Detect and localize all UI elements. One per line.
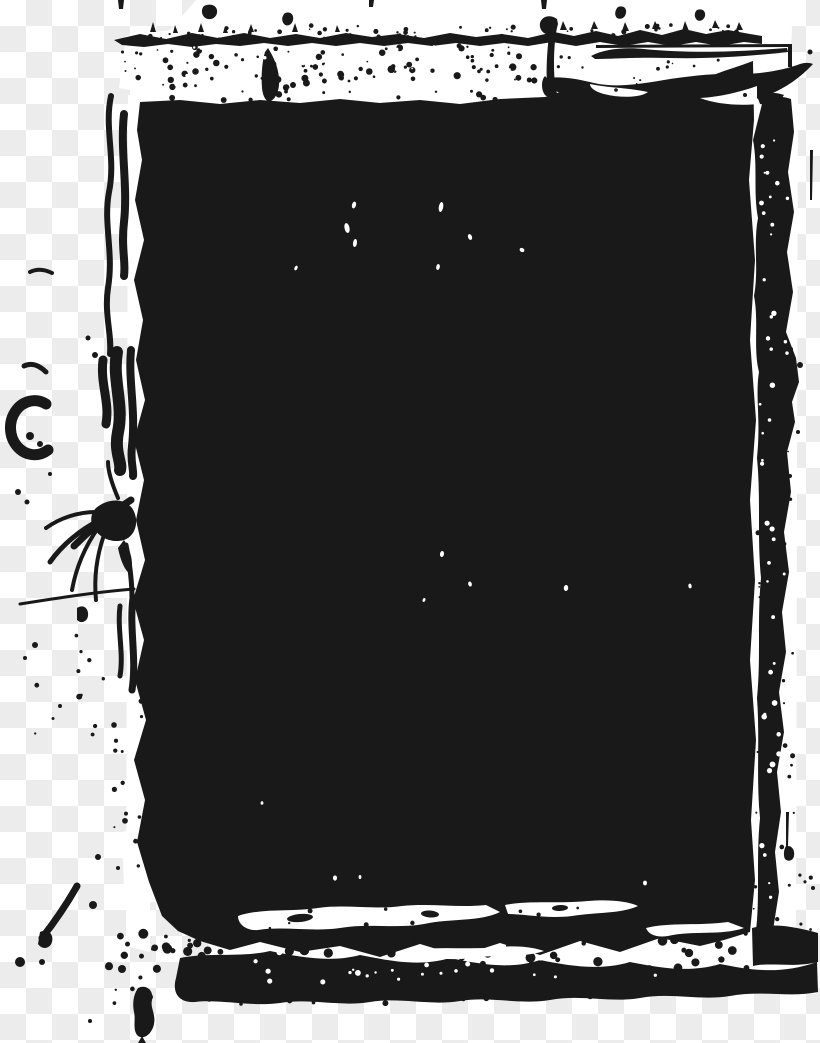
ink-speck (504, 933, 510, 939)
ink-speck (102, 677, 105, 680)
ink-speck (711, 36, 716, 41)
ink-speck (753, 908, 755, 910)
white-fleck (770, 382, 776, 388)
ink-speck (672, 63, 674, 65)
ink-speck (491, 49, 494, 52)
white-fleck (786, 197, 789, 200)
ink-speck (404, 27, 409, 32)
white-fleck (784, 840, 786, 842)
ink-speck (122, 818, 128, 824)
ink-speck (459, 26, 462, 29)
ink-speck (210, 77, 214, 81)
ink-speck (316, 54, 322, 60)
ink-speck (124, 812, 128, 816)
white-fleck (759, 843, 764, 848)
white-fleck (770, 223, 774, 227)
ink-dot (58, 704, 62, 708)
ink-speck (138, 929, 148, 939)
ink-speck (751, 551, 753, 553)
left-lower-drip-2 (119, 606, 121, 676)
ink-speck (486, 70, 490, 74)
ink-speck (125, 70, 127, 72)
white-fleck (442, 48, 446, 52)
interior-white-fleck (643, 881, 647, 886)
ink-speck (637, 34, 639, 36)
white-fleck (698, 955, 701, 958)
png-transparency-canvas (0, 0, 820, 1043)
ink-dot (37, 441, 43, 447)
white-fleck (759, 403, 762, 406)
ink-speck (779, 845, 784, 850)
ink-speck (142, 1003, 146, 1007)
ink-speck (485, 78, 488, 81)
ink-speck (121, 952, 128, 959)
left-lower-drip-1 (132, 598, 134, 690)
ink-speck (113, 748, 117, 752)
ink-speck (304, 939, 312, 947)
left-thick-drip-2 (102, 360, 107, 424)
ink-speck (527, 77, 532, 82)
white-fleck (199, 46, 203, 50)
ink-speck (91, 733, 95, 737)
ink-speck (162, 944, 172, 954)
ink-speck (274, 76, 281, 83)
ink-speck (362, 967, 365, 970)
white-fleck (769, 896, 772, 899)
white-fleck (424, 963, 429, 968)
ink-speck (489, 27, 491, 29)
ink-speck (322, 91, 325, 94)
ink-speck (93, 724, 97, 728)
ink-speck (248, 974, 255, 981)
ink-speck (167, 65, 173, 71)
ink-speck (348, 80, 351, 83)
ink-speck (428, 995, 433, 1000)
ink-speck (232, 38, 234, 40)
ink-speck (518, 921, 522, 925)
ink-speck (645, 24, 650, 29)
ink-speck (337, 71, 344, 78)
white-fleck (465, 961, 470, 966)
ink-speck (411, 977, 417, 983)
ink-speck (518, 931, 521, 934)
white-fleck (374, 971, 376, 973)
ink-speck (514, 79, 516, 81)
ink-speck (395, 988, 397, 990)
ink-speck (265, 76, 267, 78)
ink-speck (179, 39, 182, 42)
white-fleck (352, 969, 354, 971)
ink-speck (471, 59, 475, 63)
ink-speck (323, 27, 327, 31)
white-fleck (301, 72, 303, 74)
ink-speck (163, 57, 169, 63)
white-fleck (760, 462, 764, 466)
ink-speck (186, 62, 188, 64)
left-curvy-drip (107, 96, 111, 354)
ink-speck (285, 947, 294, 956)
ink-speck (586, 985, 589, 988)
ink-speck (277, 29, 282, 34)
ink-speck (248, 31, 252, 35)
white-fleck (461, 65, 463, 67)
ink-speck (138, 815, 142, 819)
white-fleck (395, 72, 399, 76)
ink-dot (48, 472, 52, 476)
ink-speck (237, 935, 240, 938)
ink-speck (205, 68, 208, 71)
ink-speck (771, 675, 773, 677)
ink-speck (198, 952, 206, 960)
ink-speck (717, 59, 720, 62)
ink-speck (379, 49, 386, 56)
ink-speck (75, 634, 79, 638)
white-fleck (253, 959, 257, 963)
ink-dot (39, 959, 45, 965)
ink-speck (407, 35, 410, 38)
ink-speck (241, 90, 243, 92)
white-fleck (366, 974, 369, 977)
ink-speck (557, 65, 560, 68)
ink-speck (117, 933, 124, 940)
interior-white-fleck (261, 801, 264, 805)
white-fleck (324, 58, 326, 60)
white-fleck (348, 971, 351, 974)
white-fleck (763, 853, 767, 857)
ink-speck (139, 52, 142, 55)
ink-speck (809, 875, 813, 879)
ink-speck (757, 751, 759, 753)
ink-speck (391, 64, 396, 69)
ink-speck (256, 56, 259, 59)
ink-speck (87, 658, 91, 662)
ink-speck (272, 958, 277, 963)
ink-speck (168, 77, 174, 83)
ink-speck (266, 89, 269, 92)
white-fleck (421, 973, 424, 976)
ink-speck (461, 997, 466, 1002)
ink-speck (708, 88, 710, 90)
notch-ink-dot (614, 88, 618, 92)
white-fleck (759, 201, 764, 206)
ink-speck (773, 610, 775, 612)
white-fleck (776, 732, 781, 737)
white-fleck (495, 954, 498, 957)
ink-speck (403, 31, 407, 35)
white-fleck (265, 969, 270, 974)
ink-speck (555, 957, 560, 962)
ink-speck (476, 91, 482, 97)
ink-speck (471, 55, 474, 58)
ink-speck (760, 239, 763, 242)
ink-speck (758, 582, 760, 584)
ink-speck (587, 993, 593, 999)
ink-speck (415, 58, 419, 62)
ink-speck (241, 58, 244, 61)
ink-speck (472, 931, 482, 941)
ink-speck (387, 949, 396, 958)
white-fleck (397, 978, 400, 981)
ink-speck (685, 949, 693, 957)
white-fleck (288, 88, 291, 91)
ink-speck (485, 28, 489, 32)
ink-speck (458, 45, 464, 51)
ink-speck (515, 916, 518, 919)
ink-speck (360, 961, 365, 966)
ink-speck (330, 976, 339, 985)
ink-speck (754, 885, 757, 888)
ink-speck (366, 61, 368, 63)
ink-speck (492, 97, 497, 102)
ink-speck (209, 54, 214, 59)
ink-speck (213, 941, 216, 944)
white-fleck (412, 955, 417, 960)
ink-speck (397, 946, 402, 951)
ink-speck (164, 935, 168, 939)
ink-speck (611, 33, 616, 38)
ink-speck (744, 932, 748, 936)
ink-speck (76, 669, 80, 673)
ink-speck (645, 965, 653, 973)
ink-speck (354, 1000, 357, 1003)
ink-speck (766, 723, 769, 726)
white-fleck (185, 74, 189, 78)
ink-speck (569, 27, 573, 31)
ink-speck (385, 47, 388, 50)
ink-speck (351, 930, 358, 937)
ink-speck (168, 33, 170, 35)
ink-speck (547, 24, 552, 29)
ink-speck (382, 1000, 388, 1006)
ink-speck (507, 51, 510, 54)
white-fleck (773, 139, 775, 141)
ink-dot (89, 901, 97, 909)
ink-speck (309, 28, 311, 30)
ink-speck (756, 329, 758, 331)
ink-slab (133, 61, 756, 957)
ink-dot (88, 1019, 92, 1023)
ink-speck (410, 921, 414, 925)
white-fleck (711, 962, 714, 965)
ink-speck (506, 28, 508, 30)
ink-speck (322, 79, 327, 84)
white-fleck (554, 975, 557, 978)
ink-speck (113, 826, 115, 828)
ink-speck (135, 51, 138, 54)
ink-speck (480, 68, 483, 71)
ink-speck (398, 33, 401, 36)
ink-speck (312, 64, 318, 70)
ink-speck (456, 74, 459, 77)
ink-speck (264, 905, 268, 909)
ink-speck (669, 23, 673, 27)
ink-speck (394, 970, 401, 977)
ink-speck (531, 77, 537, 83)
white-fleck (539, 958, 542, 961)
ink-speck (300, 946, 310, 956)
white-fleck (263, 56, 266, 59)
left-margin-blob (77, 606, 88, 622)
ink-speck (430, 69, 434, 73)
ink-speck (288, 922, 290, 924)
ink-dot (95, 854, 101, 860)
ink-speck (606, 924, 609, 927)
ink-speck (488, 937, 493, 942)
ink-speck (308, 908, 313, 913)
white-fleck (765, 521, 770, 526)
ink-speck (508, 46, 510, 48)
white-fleck (766, 336, 770, 340)
ink-speck (113, 1001, 117, 1005)
ink-speck (511, 30, 513, 32)
ink-speck (722, 30, 724, 32)
ink-speck (790, 753, 795, 758)
ink-speck (198, 34, 201, 37)
white-fleck (193, 46, 195, 48)
ink-speck (414, 35, 416, 37)
white-fleck (439, 972, 442, 975)
white-fleck (415, 54, 417, 56)
ink-speck (333, 963, 343, 973)
ink-speck (590, 29, 593, 32)
ink-speck (229, 978, 239, 988)
ink-speck (324, 948, 333, 957)
white-fleck (773, 662, 776, 665)
ink-dot (32, 642, 38, 648)
ink-speck (470, 90, 473, 93)
ink-speck (560, 55, 563, 58)
ink-speck (270, 81, 272, 83)
white-fleck (771, 615, 775, 619)
ink-speck (801, 969, 805, 973)
ink-speck (765, 800, 767, 802)
bottom-right-heavy-patch (752, 925, 818, 966)
ink-speck (276, 91, 282, 97)
ink-speck (246, 39, 249, 42)
ink-speck (771, 666, 773, 668)
ink-speck (261, 77, 264, 80)
ink-speck (352, 931, 355, 934)
ink-speck (522, 38, 527, 43)
white-fleck (194, 58, 197, 61)
white-fleck (761, 432, 764, 435)
white-fleck (396, 951, 401, 956)
ink-speck (674, 963, 683, 972)
ink-speck (717, 27, 719, 29)
ink-speck (667, 60, 670, 63)
white-fleck (533, 973, 536, 976)
ink-speck (515, 75, 521, 81)
ink-speck (292, 82, 295, 85)
white-fleck (355, 970, 361, 976)
ink-speck (192, 68, 199, 75)
spider-leg-3 (95, 535, 104, 600)
ink-speck (790, 764, 793, 767)
white-fleck (344, 72, 348, 76)
ink-speck (744, 34, 746, 36)
ink-dot (23, 656, 27, 660)
white-fleck (760, 155, 764, 159)
ink-speck (194, 84, 197, 87)
ink-speck (625, 915, 628, 918)
ink-speck (396, 31, 398, 33)
interior-white-fleck (359, 875, 362, 879)
ink-speck (411, 76, 416, 81)
ink-speck (666, 65, 669, 68)
white-fleck (768, 418, 772, 422)
ink-speck (114, 739, 118, 743)
ink-speck (759, 596, 761, 598)
ink-speck (125, 942, 130, 947)
ink-speck (483, 995, 489, 1001)
ink-speck (782, 542, 786, 546)
ink-speck (320, 50, 325, 55)
ink-speck (721, 973, 726, 978)
ink-speck (670, 935, 679, 944)
ink-speck (658, 27, 661, 30)
interior-white-fleck (333, 875, 337, 880)
white-fleck (472, 958, 474, 960)
mid-left-dash (30, 270, 52, 273)
ink-speck (124, 61, 126, 63)
ink-speck (221, 965, 230, 974)
ink-speck (193, 939, 201, 947)
ink-speck (255, 74, 258, 77)
ink-speck (279, 973, 282, 976)
ink-speck (705, 35, 707, 37)
ink-speck (717, 39, 720, 42)
white-fleck (187, 50, 191, 54)
ink-speck (733, 976, 739, 982)
ink-dot (148, 841, 152, 845)
ink-dot (116, 866, 120, 870)
white-fleck (320, 979, 325, 984)
ink-speck (798, 873, 801, 876)
ink-speck (788, 884, 791, 887)
ink-speck (121, 50, 124, 53)
white-fleck (490, 968, 494, 972)
ink-speck (788, 347, 793, 352)
ink-speck (294, 987, 298, 991)
white-fleck (450, 51, 452, 53)
ink-speck (260, 997, 264, 1001)
ink-speck (769, 911, 774, 916)
ink-speck (213, 60, 220, 67)
white-fleck (785, 351, 788, 354)
ink-speck (466, 46, 468, 48)
ink-speck (593, 957, 602, 966)
ink-speck (121, 781, 125, 785)
ink-speck (317, 31, 322, 36)
ink-speck (204, 946, 212, 954)
c-splat-tail-dash (24, 364, 46, 372)
ink-speck (791, 652, 794, 655)
ink-speck (308, 992, 313, 997)
white-fleck (448, 78, 450, 80)
ink-speck (111, 722, 117, 728)
ink-speck (744, 965, 750, 971)
ink-speck (115, 989, 117, 991)
ink-speck (435, 977, 439, 981)
ink-speck (771, 319, 774, 322)
ink-speck (237, 977, 246, 986)
ink-speck (753, 36, 756, 39)
ink-speck (153, 965, 161, 973)
ink-speck (404, 66, 407, 69)
ink-speck (187, 32, 191, 36)
ink-speck (621, 29, 626, 34)
ink-speck (415, 938, 419, 942)
